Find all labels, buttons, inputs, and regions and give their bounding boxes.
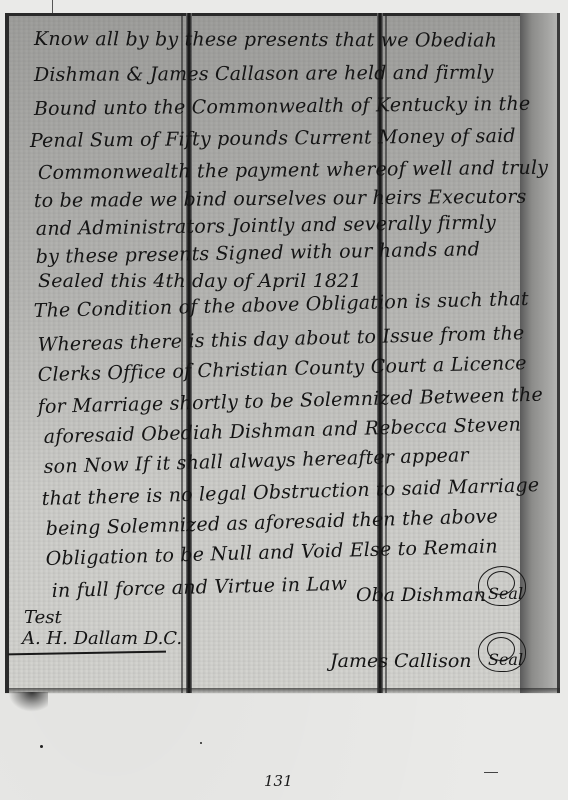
text-line-6: to be made we bind ourselves our heirs E…	[34, 186, 527, 212]
text-line-18: Obligation to be Null and Void Else to R…	[45, 535, 498, 570]
signature-james-callison: James Callison	[330, 650, 472, 672]
text-line-7: and Administrators Jointly and severally…	[36, 212, 496, 240]
text-line-5: Commonwealth the payment whereof well an…	[38, 157, 548, 184]
signature-obediah-dishman: Oba Dishman	[356, 584, 486, 606]
page-number: 131	[264, 772, 293, 790]
text-line-8: by these presents Signed with our hands …	[36, 238, 481, 268]
text-line-13: for Marriage shortly to be Solemnized Be…	[37, 384, 543, 418]
scan-mark	[484, 772, 498, 773]
text-line-19: in full force and Virtue in Law	[51, 573, 347, 602]
text-line-15: son Now If it shall always hereafter app…	[43, 444, 469, 478]
text-line-4: Penal Sum of Fifty pounds Current Money …	[30, 125, 516, 152]
seal-label: Seal	[488, 584, 523, 603]
scan-speck	[40, 745, 43, 748]
text-line-10: The Condition of the above Obligation is…	[33, 288, 528, 322]
text-line-17: being Solemnized as aforesaid then the a…	[45, 505, 498, 540]
text-line-9: Sealed this 4th day of April 1821	[38, 270, 362, 292]
handwritten-body: Know all by by these presents that we Ob…	[0, 0, 568, 800]
scan-speck	[200, 742, 202, 744]
text-line-3: Bound unto the Commonwealth of Kentucky …	[34, 93, 531, 120]
text-line-12: Clerks Office of Christian County Court …	[37, 352, 527, 386]
text-line-2: Dishman & James Callason are held and fi…	[34, 62, 494, 86]
witness-label: Test	[24, 607, 62, 628]
seal-label: Seal	[488, 650, 523, 669]
text-line-14: aforesaid Obediah Dishman and Rebecca St…	[43, 414, 521, 448]
text-line-1: Know all by by these presents that we Ob…	[34, 28, 497, 52]
witness-signature: A. H. Dallam D.C.	[22, 628, 182, 649]
text-line-16: that there is no legal Obstruction to sa…	[41, 474, 539, 510]
text-line-11: Whereas there is this day about to Issue…	[37, 322, 524, 356]
